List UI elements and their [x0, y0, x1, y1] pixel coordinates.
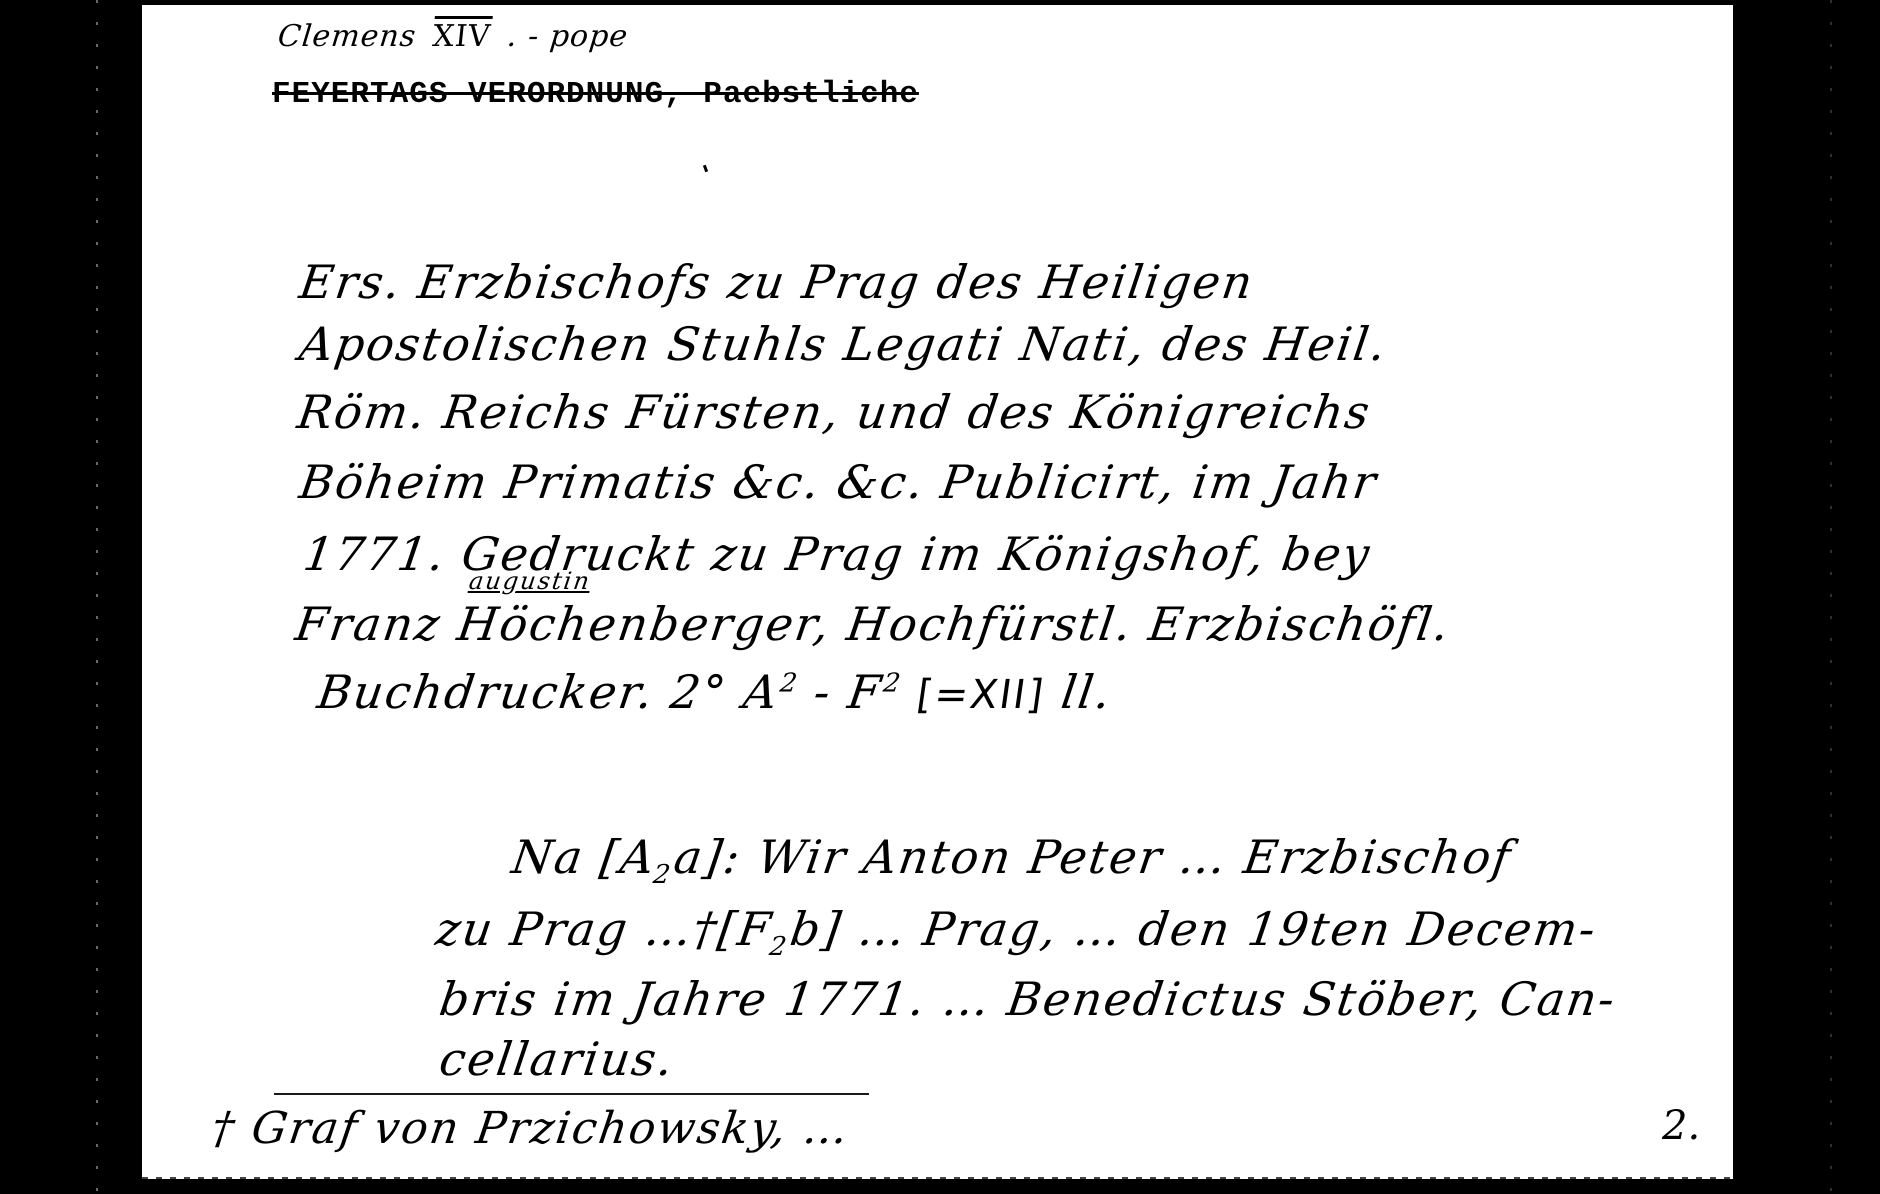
- page-number: 2.: [1662, 1103, 1700, 1149]
- title-line-2: Apostolischen Stuhls Legati Nati, des He…: [296, 317, 1391, 371]
- incipit-line-2: zu Prag …†[F2b] … Prag, … den 19ten Dece…: [432, 902, 1601, 962]
- printer-surname-title: Höchenberger, Hochfürstl. Erzbischöfl.: [454, 597, 1454, 651]
- inserted-name: augustin: [467, 567, 593, 595]
- collation-end-sup: 2: [881, 669, 904, 699]
- collation-end: F: [845, 665, 887, 719]
- title-line-7: Buchdrucker. 2° A2 - F2 [=XII] ll.: [314, 665, 1115, 719]
- printer-first-name: Franz: [292, 597, 445, 651]
- handwritten-header: Clemens XIV . - pope: [276, 19, 630, 54]
- leaf-count: [=XII]: [914, 672, 1048, 718]
- incipit-line-1: Na [A2a]: Wir Anton Peter … Erzbischof: [508, 830, 1516, 890]
- collation-dash: -: [794, 665, 852, 719]
- incipit-line-2-end: b] … Prag, … den 19ten Decem-: [787, 902, 1601, 956]
- title-line-5: 1771. Gedruckt zu Prag im Königshof, bey: [300, 527, 1374, 581]
- incipit-line-4: cellarius.: [436, 1032, 678, 1086]
- scan-edge-left: [96, 0, 98, 1194]
- scan-edge-right: [1830, 0, 1832, 1194]
- footnote: † Graf von Przichowsky, …: [208, 1103, 853, 1154]
- signature-open: [A: [597, 830, 660, 884]
- leaf-suffix: ll.: [1058, 665, 1116, 719]
- footnote-separator: [274, 1093, 869, 1095]
- incipit-line-3: bris im Jahre 1771. … Benedictus Stöber,…: [436, 972, 1620, 1026]
- header-name: Clemens: [276, 19, 418, 54]
- incipit-line-2-start: zu Prag …†[F: [433, 902, 776, 956]
- title-line-6: Franzaugustin​ Höchenberger, Hochfürstl.…: [292, 597, 1454, 651]
- signature-sub: 2: [651, 860, 674, 890]
- scan-bottom-edge: [142, 1177, 1733, 1179]
- header-numeral: XIV: [431, 19, 493, 54]
- catalog-card: Clemens XIV . - pope FEYERTAGS VERORDNUN…: [142, 5, 1733, 1179]
- incipit-label: Na: [509, 830, 588, 884]
- title-line-4: Böheim Primatis &c. &c. Publicirt, im Ja…: [296, 455, 1381, 509]
- title-line-3: Röm. Reichs Fürsten, und des Königreichs: [294, 385, 1374, 439]
- incipit-text: Wir Anton Peter … Erzbischof: [754, 830, 1515, 884]
- collation-start: A: [740, 665, 783, 719]
- scan-speck: [703, 165, 708, 173]
- signature-close: a]:: [671, 830, 745, 884]
- struck-typed-heading: FEYERTAGS VERORDNUNG, Paebstliche: [272, 77, 919, 112]
- title-line-1: Ers. Erzbischofs zu Prag des Heiligen: [296, 255, 1258, 309]
- header-suffix: . - pope: [505, 19, 630, 54]
- format-note: Buchdrucker. 2°: [314, 665, 731, 719]
